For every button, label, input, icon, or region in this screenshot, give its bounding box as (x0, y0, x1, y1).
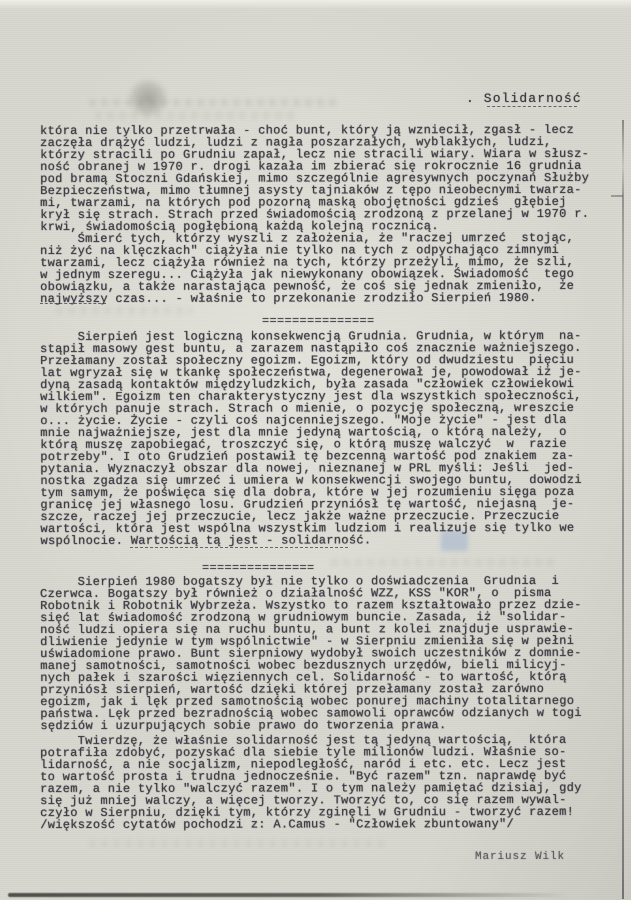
bleed-through-ghost (332, 559, 557, 566)
section-divider-1: =============== (262, 314, 375, 328)
emphasis-underline-solidarnosc (130, 547, 348, 548)
scanned-document-page: . Solidarność która nie tylko przetrwała… (0, 0, 631, 900)
section-divider-2: =============== (202, 561, 315, 575)
emphasis-underline-najwyzszy (40, 303, 106, 304)
paragraph-2: Śmierć tych, którzy wyszli z założenia, … (40, 232, 574, 305)
paragraph-1: która nie tylko przetrwała - choć bunt, … (40, 124, 589, 233)
bleed-through-ghost (90, 99, 335, 106)
bleed-through-ghost (57, 307, 192, 314)
paragraph-4: Sierpień 1980 bogatszy był nie tylko o d… (40, 575, 582, 732)
scan-fold-line (622, 120, 624, 899)
scan-fold-tick (611, 195, 623, 197)
paragraph-5: Twierdzę, że właśnie solidarność jest tą… (40, 734, 582, 831)
scan-bottom-edge (8, 893, 568, 897)
paragraph-3: Sierpień jest logiczną konsekwencją Grud… (40, 330, 582, 547)
bleed-through-ghost (90, 840, 390, 847)
author-signature: Mariusz Wilk (475, 851, 565, 863)
title-underline (487, 106, 577, 107)
page-title: . Solidarność (466, 91, 582, 106)
bleed-through-ghost (96, 112, 296, 119)
